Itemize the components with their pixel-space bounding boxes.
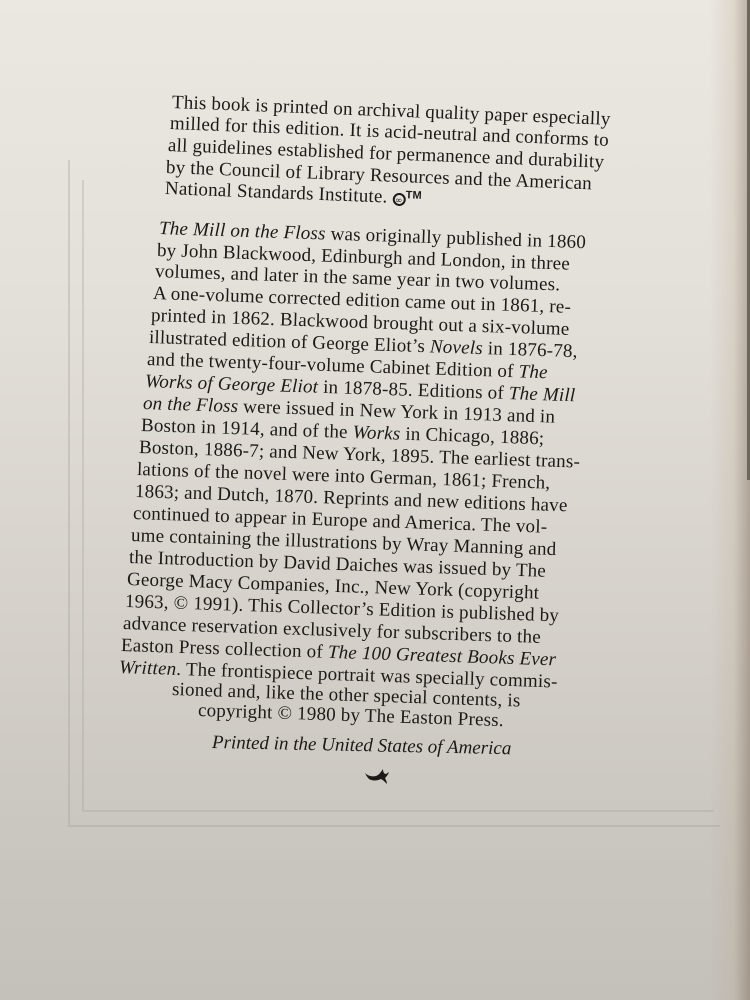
bird-colophon-icon [364,767,390,785]
printed-in-line: Printed in the United States of America [212,732,512,760]
trademark-mark: TM [405,189,422,202]
infinity-paper-icon: ∞ [392,193,405,206]
copyright-page: This book is printed on archival quality… [0,0,750,1000]
